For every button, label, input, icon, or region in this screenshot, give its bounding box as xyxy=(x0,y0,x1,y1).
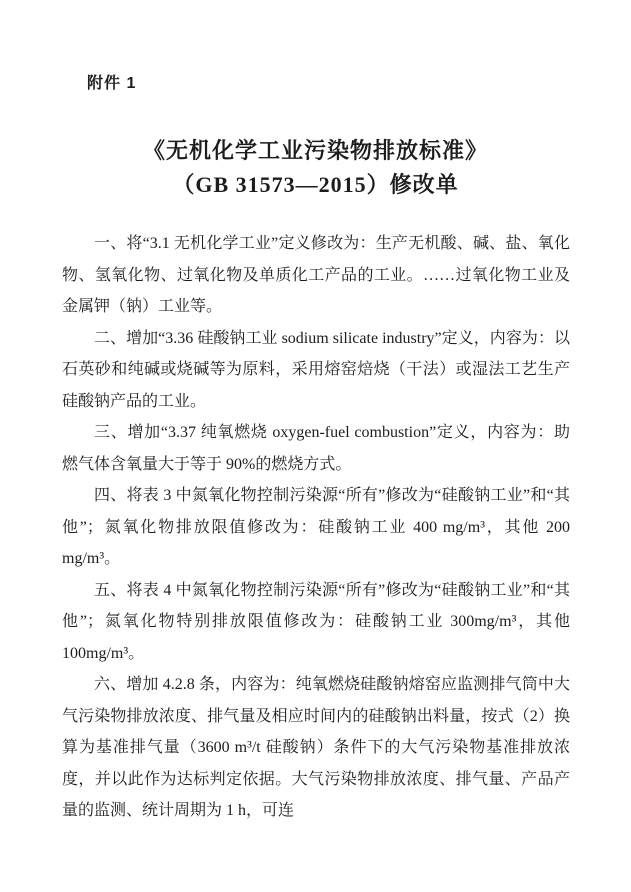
title-line-2: （GB 31573—2015）修改单 xyxy=(0,168,631,202)
document-body: 一、将“3.1 无机化学工业”定义修改为：生产无机酸、碱、盐、氧化物、氢氧化物、… xyxy=(62,228,570,827)
document-page: 附件 1 《无机化学工业污染物排放标准》 （GB 31573—2015）修改单 … xyxy=(0,0,631,892)
paragraph-6: 六、增加 4.2.8 条，内容为：纯氧燃烧硅酸钠熔窑应监测排气筒中大气污染物排放… xyxy=(62,669,570,827)
paragraph-4: 四、将表 3 中氮氧化物控制污染源“所有”修改为“硅酸钠工业”和“其他”；氮氧化… xyxy=(62,480,570,575)
document-title: 《无机化学工业污染物排放标准》 （GB 31573—2015）修改单 xyxy=(0,134,631,202)
paragraph-5: 五、将表 4 中氮氧化物控制污染源“所有”修改为“硅酸钠工业”和“其他”；氮氧化… xyxy=(62,575,570,670)
paragraph-2: 二、增加“3.36 硅酸钠工业 sodium silicate industry… xyxy=(62,323,570,418)
paragraph-3: 三、增加“3.37 纯氧燃烧 oxygen-fuel combustion”定义… xyxy=(62,417,570,480)
paragraph-1: 一、将“3.1 无机化学工业”定义修改为：生产无机酸、碱、盐、氧化物、氢氧化物、… xyxy=(62,228,570,323)
attachment-label: 附件 1 xyxy=(87,70,136,93)
title-line-1: 《无机化学工业污染物排放标准》 xyxy=(0,134,631,168)
